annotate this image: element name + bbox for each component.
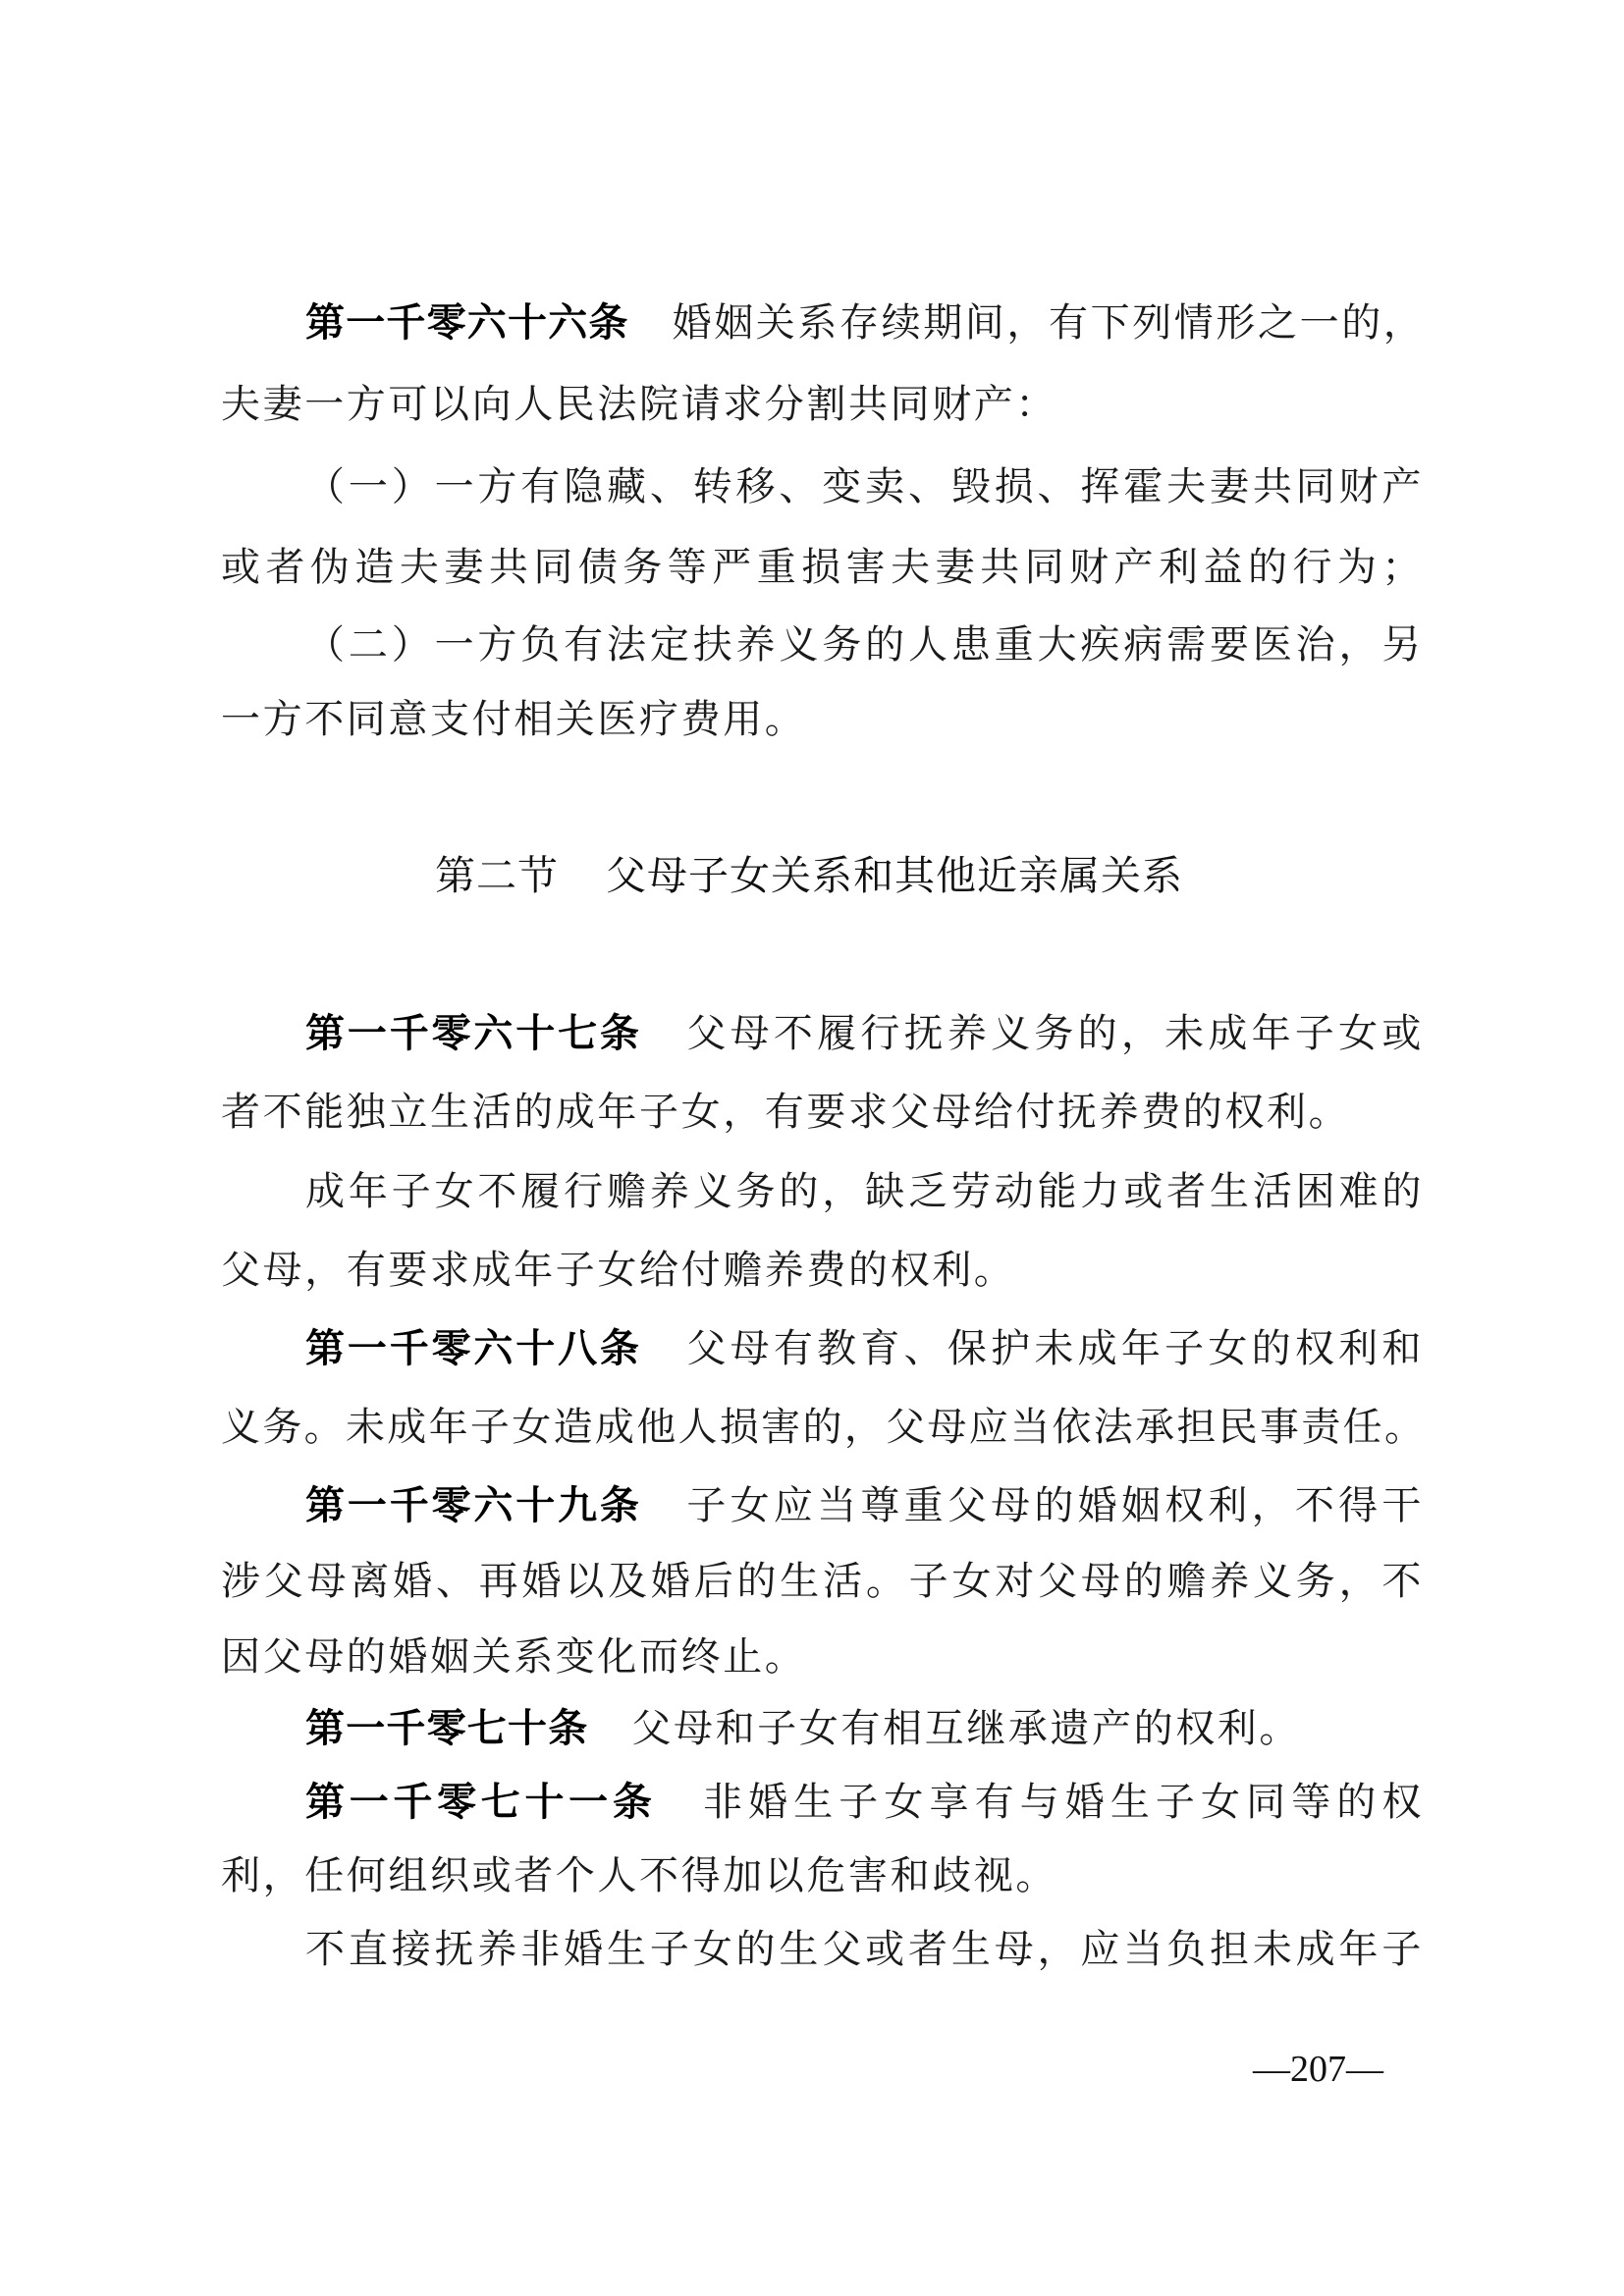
article-text: 父母和子女有相互继承遗产的权利。 <box>631 1706 1301 1751</box>
article-1069-line-2: 涉父母离婚、再婚以及婚后的生活。子女对父母的赡养义务，不 <box>221 1557 1424 1606</box>
article-1068-line-2: 义务。未成年子女造成他人损害的，父母应当依法承担民事责任。 <box>221 1403 1424 1452</box>
article-1066-item-2-line-2: 一方不同意支付相关医疗费用。 <box>221 695 1424 744</box>
article-1066-item-1-line-2: 或者伪造夫妻共同债务等严重损害夫妻共同财产利益的行为； <box>221 543 1424 592</box>
article-heading: 第一千零六十九条 <box>305 1483 642 1528</box>
article-1071-line-2: 利，任何组织或者个人不得加以危害和歧视。 <box>221 1851 1424 1900</box>
article-heading: 第一千零六十六条 <box>305 300 629 346</box>
article-text: 父母有教育、保护未成年子女的权利和 <box>685 1326 1424 1371</box>
article-heading: 第一千零七十条 <box>305 1706 588 1751</box>
article-1069-line-1: 第一千零六十九条子女应当尊重父母的婚姻权利，不得干 <box>305 1481 1424 1530</box>
article-heading: 第一千零七十一条 <box>305 1780 657 1825</box>
section-number: 第二节 <box>435 852 559 899</box>
article-heading: 第一千零六十七条 <box>305 1011 642 1056</box>
article-text: 父母不履行抚养义务的，未成年子女或 <box>685 1011 1424 1056</box>
article-1066-item-2-line-1: （二）一方负有法定扶养义务的人患重大疾病需要医治，另 <box>305 620 1424 669</box>
article-heading: 第一千零六十八条 <box>305 1326 642 1371</box>
article-1066-line-2: 夫妻一方可以向人民法院请求分割共同财产： <box>221 380 1424 429</box>
article-1067-para-2-line-2: 父母，有要求成年子女给付赡养费的权利。 <box>221 1246 1424 1295</box>
article-text: 非婚生子女享有与婚生子女同等的权 <box>700 1780 1424 1825</box>
article-1069-line-3: 因父母的婚姻关系变化而终止。 <box>221 1632 1424 1682</box>
section-title: 父母子女关系和其他近亲属关系 <box>606 852 1183 899</box>
article-1066-item-1-line-1: （一）一方有隐藏、转移、变卖、毁损、挥霍夫妻共同财产 <box>305 462 1424 511</box>
article-1070-line-1: 第一千零七十条父母和子女有相互继承遗产的权利。 <box>305 1704 1424 1753</box>
article-1071-line-1: 第一千零七十一条非婚生子女享有与婚生子女同等的权 <box>305 1778 1424 1827</box>
article-1067-line-2: 者不能独立生活的成年子女，有要求父母给付抚养费的权利。 <box>221 1088 1424 1137</box>
article-1071-para-2-line-1: 不直接抚养非婚生子女的生父或者生母，应当负担未成年子 <box>305 1925 1424 1974</box>
page-number: —207— <box>1253 2048 1383 2091</box>
article-text: 婚姻关系存续期间，有下列情形之一的， <box>673 300 1426 346</box>
section-heading: 第二节父母子女关系和其他近亲属关系 <box>435 851 1183 900</box>
article-1067-para-2-line-1: 成年子女不履行赡养义务的，缺乏劳动能力或者生活困难的 <box>305 1167 1424 1216</box>
article-1067-line-1: 第一千零六十七条父母不履行抚养义务的，未成年子女或 <box>305 1009 1424 1058</box>
article-text: 子女应当尊重父母的婚姻权利，不得干 <box>685 1483 1424 1528</box>
document-page: 第一千零六十六条婚姻关系存续期间，有下列情形之一的， 夫妻一方可以向人民法院请求… <box>0 0 1624 2296</box>
article-1066-line-1: 第一千零六十六条婚姻关系存续期间，有下列情形之一的， <box>305 298 1424 347</box>
article-1068-line-1: 第一千零六十八条父母有教育、保护未成年子女的权利和 <box>305 1324 1424 1373</box>
